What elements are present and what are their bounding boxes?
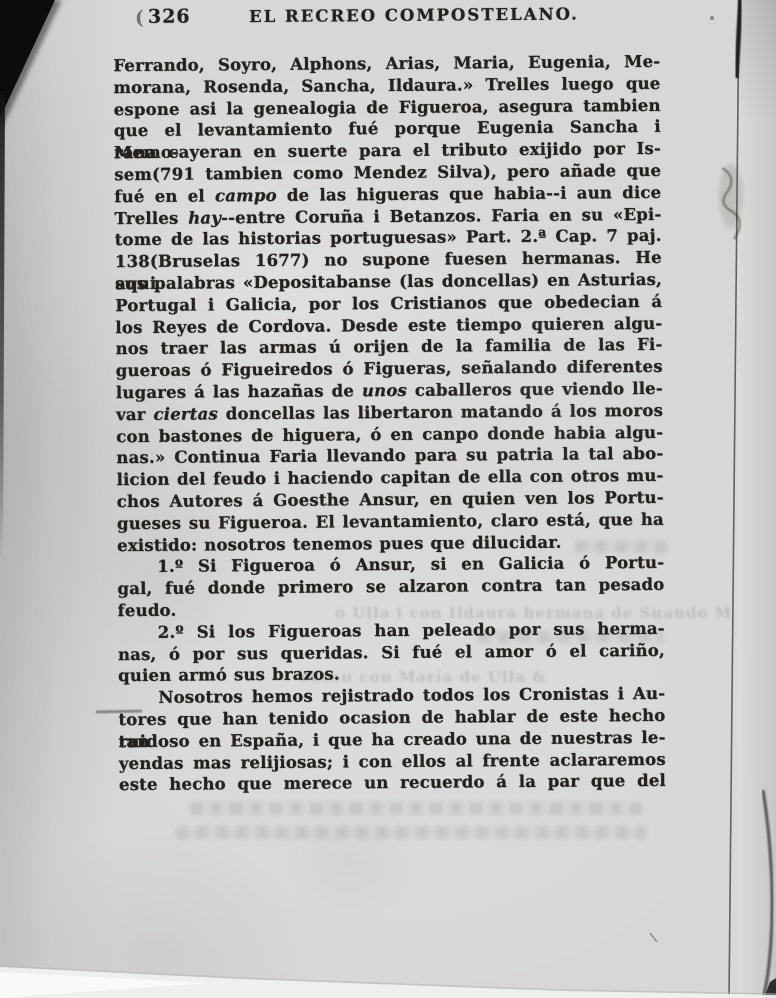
page-header: ( 326 EL RECREO COMPOSTELANO. [113,2,660,52]
ghost-band [176,826,646,839]
bottom-right-dark-corner [764,978,776,998]
page-number: 326 [148,6,191,28]
black-corner-triangle [0,0,55,118]
right-edge-curve [763,790,772,998]
page-content: ( 326 EL RECREO COMPOSTELANO. Ferrando, … [113,2,666,796]
corner-shadow [0,0,62,132]
bottom-light-band-bright [0,972,210,998]
speck [710,16,714,20]
crease-smudge [719,164,743,228]
body-text: Ferrando, Soyro, Alphons, Arias, Maria, … [113,51,666,796]
right-page-edge-shading [737,0,776,998]
left-edge-shadow [0,0,120,998]
text-line: gueses su Figueroa. El levantamiento, cl… [117,509,664,535]
page-crease-line [729,0,739,998]
crease-scribble [722,168,740,239]
bottom-band-shadow [0,966,776,994]
scanned-book-page: ó Ulla i con Ildaura hermana de Suando M… [0,0,776,998]
stray-paren-mark: ( [135,7,144,29]
ghost-band [190,802,642,815]
bottom-light-band [0,967,776,998]
running-title: EL RECREO COMPOSTELANO. [249,4,579,26]
left-edge-strip [0,95,5,560]
text-line: este hecho que merece un recuerdo á la p… [119,770,666,796]
text-line: gal, fué donde primero se alzaron contra… [117,574,664,600]
speck-mark [650,933,657,942]
crease-top-dark [736,0,741,78]
